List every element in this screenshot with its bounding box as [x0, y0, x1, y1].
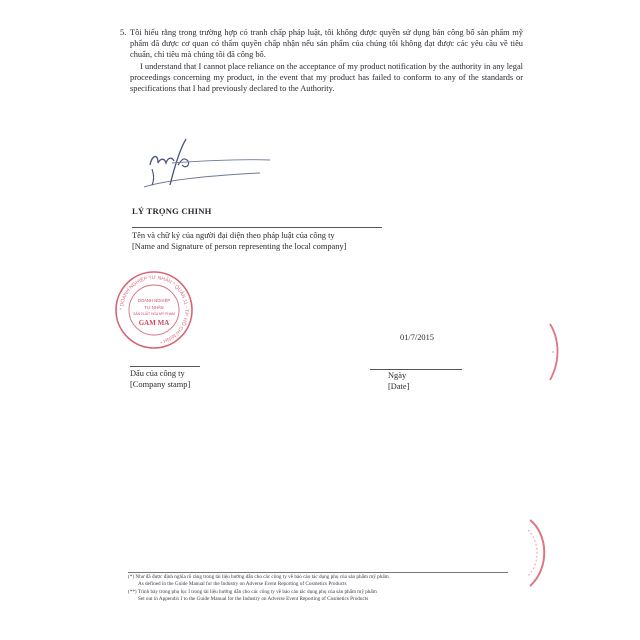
stamp-line-4: GAM MA	[139, 319, 170, 327]
footnote-2-en: Set out in Appendix I to the Guide Manua…	[128, 596, 548, 603]
signature-label: Tên và chữ ký của người đại diện theo ph…	[132, 230, 346, 252]
clause-5-vietnamese: Tôi hiểu rằng trong trường hợp có tranh …	[130, 27, 523, 61]
footnotes: (*) Như đã được định nghĩa rõ ràng trong…	[128, 574, 548, 603]
date-label-en: [Date]	[388, 381, 409, 392]
clause-5-english: I understand that I cannot place relianc…	[130, 61, 523, 95]
stamp-label-en: [Company stamp]	[130, 379, 190, 390]
date-label: Ngày [Date]	[388, 370, 409, 392]
footnote-2-vn: (**) Trình bày trong phụ lục I trong tài…	[128, 589, 548, 596]
date-value: 01/7/2015	[400, 333, 434, 342]
clause-5: 5. Tôi hiểu rằng trong trường hợp có tra…	[130, 27, 523, 94]
date-label-vn: Ngày	[388, 370, 409, 381]
stamp-line-1: DOANH NGHIỆP	[138, 298, 171, 303]
stamp-line-3: SẢN XUẤT HÓA MỸ PHẨM	[133, 311, 175, 316]
partial-stamp-edge-top	[548, 322, 562, 382]
footnote-separator	[128, 572, 508, 573]
signature-label-vn: Tên và chữ ký của người đại diện theo ph…	[132, 230, 346, 241]
document-page: 5. Tôi hiểu rằng trong trường hợp có tra…	[0, 0, 640, 640]
stamp-label: Dấu của công ty [Company stamp]	[130, 368, 190, 390]
clause-number: 5.	[120, 27, 126, 38]
stamp-line	[130, 366, 200, 367]
signer-name: LÝ TRỌNG CHINH	[132, 206, 212, 216]
date-line	[370, 369, 462, 370]
footnote-1-en: As defined in the Guide Manual for the I…	[128, 581, 548, 588]
company-stamp: * DOANH NGHIỆP TƯ NHÂN * QUẬN 11 - TP. H…	[114, 270, 194, 350]
handwritten-signature	[140, 135, 280, 195]
stamp-label-vn: Dấu của công ty	[130, 368, 190, 379]
signature-label-en: [Name and Signature of person representi…	[132, 241, 346, 252]
signature-line	[132, 227, 382, 228]
stamp-line-2: TƯ NHÂN	[144, 305, 163, 310]
